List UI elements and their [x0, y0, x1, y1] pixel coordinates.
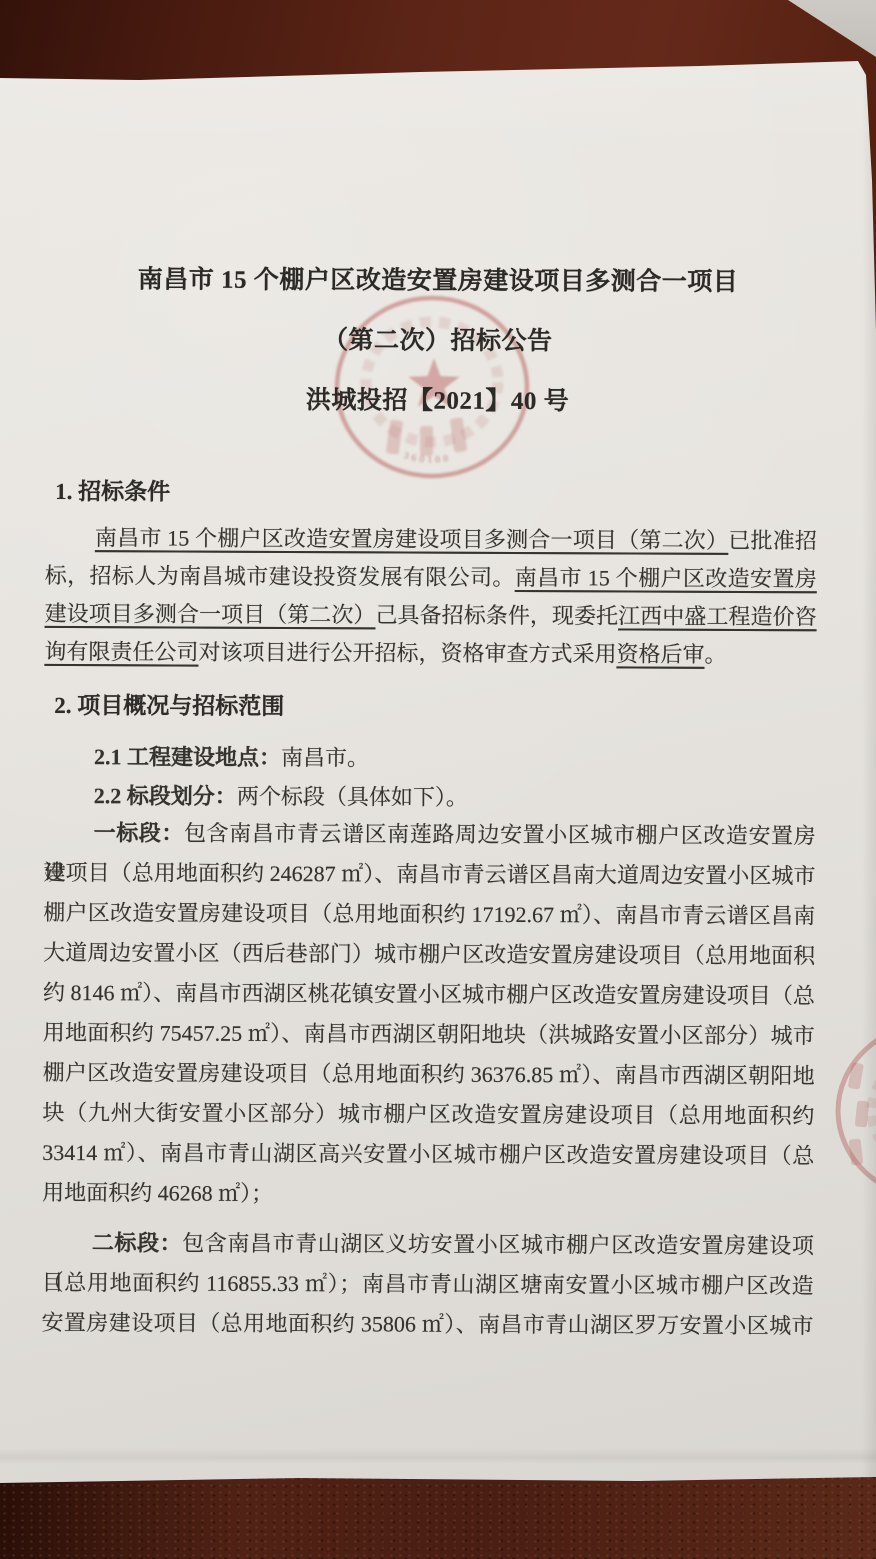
text-segment: 用地面积约 75457.25 ㎡）、南昌市西湖区朝阳地块（洪城路安置小区部分）城… — [43, 1020, 815, 1048]
underlined-text-segment: 江西中盛工程造价咨 — [618, 603, 817, 629]
body-line: 用地面积约 75457.25 ㎡）、南昌市西湖区朝阳地块（洪城路安置小区部分）城… — [43, 1013, 815, 1056]
title-line-1: 南昌市 15 个棚户区改造安置房建设项目多测合一项目 — [52, 250, 824, 313]
text-segment: 。 — [704, 642, 726, 667]
body-line: 大道周边安置小区（西后巷部门）城市棚户区改造安置房建设项目（总用地面积 — [43, 933, 815, 976]
body-line: 一标段：包含南昌市青云谱区南莲路周边安置小区城市棚户区改造安置房建 — [44, 813, 816, 856]
text-segment: 已批准招 — [728, 528, 817, 553]
body-line: 安置房建设项目（总用地面积约 35806 ㎡）、南昌市青山湖区罗万安置小区城市 — [41, 1303, 813, 1346]
photo-of-document: { "photo": { "colors": { "desk_wood": "#… — [0, 0, 876, 1559]
body-line: 33414 ㎡）、南昌市青山湖区高兴安置小区城市棚户区改造安置房建设项目（总 — [42, 1133, 814, 1176]
body-line: 询有限责任公司对该项目进行公开招标，资格审查方式采用资格后审。 — [44, 633, 816, 674]
body-line: 棚户区改造安置房建设项目（总用地面积约 17192.67 ㎡）、南昌市青云谱区昌… — [43, 893, 815, 936]
paper-sheet: 360100 南昌市 15 个棚户区改造安置房建设项目多测合一项目 （第二次）招… — [0, 0, 876, 1559]
doc-number: 洪城投招【2021】40 号 — [51, 370, 823, 433]
section-heading: 2. 项目概况与招标范围 — [54, 692, 284, 720]
paragraph: 南昌市 15 个棚户区改造安置房建设项目多测合一项目（第二次）已批准招标，招标人… — [44, 519, 817, 674]
text-segment: 2.1 工程建设地点： — [94, 744, 281, 770]
background-corner — [788, 0, 876, 57]
text-segment: （总用地面积约 116855.33 ㎡）；南昌市青山湖区塘南安置小区城市棚户区改… — [42, 1270, 814, 1298]
body-line: （总用地面积约 116855.33 ㎡）；南昌市青山湖区塘南安置小区城市棚户区改… — [42, 1263, 814, 1306]
text-segment: 棚户区改造安置房建设项目（总用地面积约 17192.67 ㎡）、南昌市青云谱区昌… — [43, 900, 815, 928]
text-segment: 己具备招标条件，现委托 — [375, 602, 618, 628]
paragraph: 一标段：包含南昌市青云谱区南莲路周边安置小区城市棚户区改造安置房建设项目（总用地… — [42, 813, 816, 1216]
body-line: 建设项目多测合一项目（第二次）己具备招标条件，现委托江西中盛工程造价咨 — [45, 595, 817, 636]
underlined-text-segment: 南昌市 15 个棚户区改造安置房建设项目多测合一项目（第二次） — [95, 525, 728, 553]
underlined-text-segment: 建设项目多测合一项目（第二次） — [45, 601, 376, 627]
body-line: 南昌市 15 个棚户区改造安置房建设项目多测合一项目（第二次）已批准招 — [45, 519, 817, 560]
text-segment: 棚户区改造安置房建设项目（总用地面积约 36376.85 ㎡）、南昌市西湖区朝阳… — [43, 1060, 815, 1088]
text-segment: 南昌市。 — [281, 745, 369, 770]
document-title-block: 南昌市 15 个棚户区改造安置房建设项目多测合一项目 （第二次）招标公告 洪城投… — [51, 250, 824, 433]
underlined-text-segment: 询有限责任公司 — [44, 639, 198, 665]
text-segment: 对该项目进行公开招标，资格审查方式采用 — [198, 640, 616, 667]
body-line: 用地面积约 46268 ㎡）； — [42, 1173, 814, 1216]
text-segment: 块（九州大街安置小区部分）城市棚户区改造安置房建设项目（总用地面积约 — [42, 1100, 814, 1128]
paragraph: 二标段：包含南昌市青山湖区义坊安置小区城市棚户区改造安置房建设项目（总用地面积约… — [41, 1223, 814, 1346]
body-line: 块（九州大街安置小区部分）城市棚户区改造安置房建设项目（总用地面积约 — [42, 1093, 814, 1136]
title-line-2: （第二次）招标公告 — [52, 310, 824, 373]
text-segment: 33414 ㎡）、南昌市青山湖区高兴安置小区城市棚户区改造安置房建设项目（总 — [42, 1140, 814, 1168]
body-line: 棚户区改造安置房建设项目（总用地面积约 36376.85 ㎡）、南昌市西湖区朝阳… — [43, 1053, 815, 1096]
text-segment: 一标段： — [94, 820, 184, 845]
body-line: 约 8146 ㎡）、南昌市西湖区桃花镇安置小区城市棚户区改造安置房建设项目（总 — [43, 973, 815, 1016]
paragraph: 2.1 工程建设地点：南昌市。2.2 标段划分：两个标段（具体如下）。 — [44, 737, 816, 818]
text-segment: 二标段： — [92, 1230, 182, 1255]
document-content: 南昌市 15 个棚户区改造安置房建设项目多测合一项目 （第二次）招标公告 洪城投… — [0, 0, 876, 1559]
text-segment: 约 8146 ㎡）、南昌市西湖区桃花镇安置小区城市棚户区改造安置房建设项目（总 — [43, 980, 815, 1008]
body-line: 二标段：包含南昌市青山湖区义坊安置小区城市棚户区改造安置房建设项目 — [42, 1223, 814, 1266]
text-segment: 两个标段（具体如下）。 — [237, 784, 468, 810]
body-line: 2.1 工程建设地点：南昌市。 — [44, 737, 816, 779]
text-segment: 设项目（总用地面积约 246287 ㎡）、南昌市青云谱区昌南大道周边安置小区城市 — [43, 860, 815, 888]
text-segment: 用地面积约 46268 ㎡）； — [42, 1180, 273, 1206]
underlined-text-segment: 南昌市 15 个棚户区改造安置房 — [515, 565, 817, 591]
section-heading: 1. 招标条件 — [55, 478, 170, 506]
document-body: 1. 招标条件南昌市 15 个棚户区改造安置房建设项目多测合一项目（第二次）已批… — [47, 0, 819, 3]
underlined-text-segment: 资格后审 — [616, 641, 704, 666]
text-segment: 安置房建设项目（总用地面积约 35806 ㎡）、南昌市青山湖区罗万安置小区城市 — [41, 1310, 813, 1338]
text-segment: 大道周边安置小区（西后巷部门）城市棚户区改造安置房建设项目（总用地面积 — [43, 940, 815, 968]
text-segment: 2.2 标段划分： — [94, 783, 237, 809]
body-line: 2.2 标段划分：两个标段（具体如下）。 — [44, 776, 816, 818]
text-segment: 标，招标人为南昌城市建设投资发展有限公司。 — [45, 563, 515, 590]
body-line: 标，招标人为南昌城市建设投资发展有限公司。南昌市 15 个棚户区改造安置房 — [45, 557, 817, 598]
body-line: 设项目（总用地面积约 246287 ㎡）、南昌市青云谱区昌南大道周边安置小区城市 — [43, 853, 815, 896]
